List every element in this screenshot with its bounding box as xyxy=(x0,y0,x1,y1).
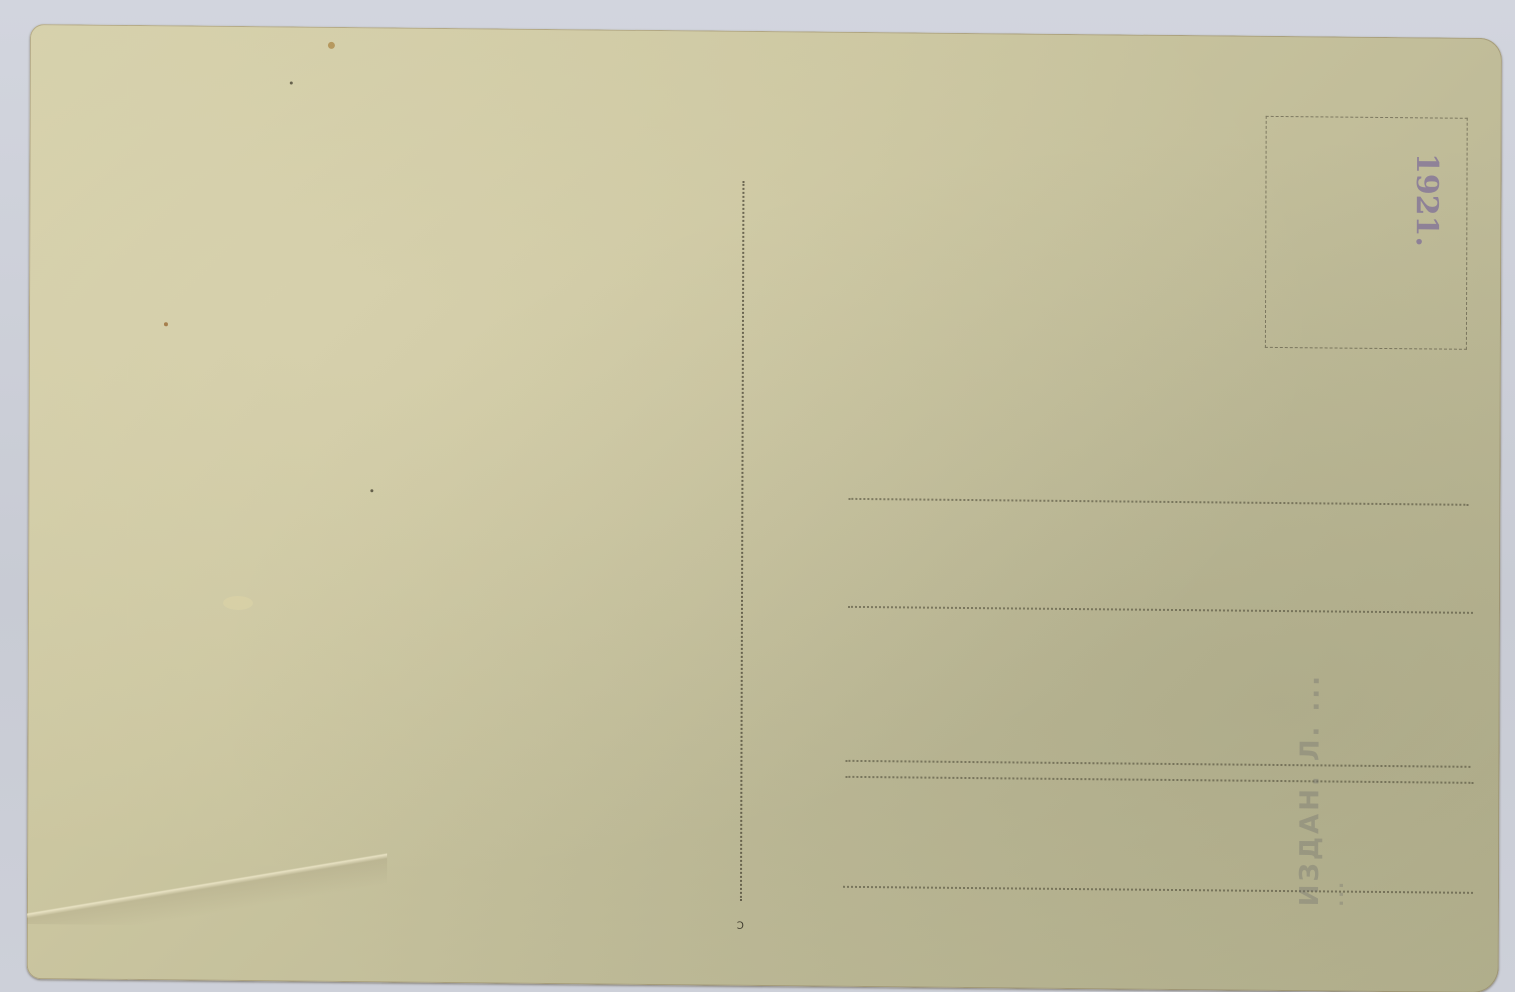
stain-spot xyxy=(223,596,253,610)
message-address-divider xyxy=(740,181,745,901)
publisher-imprint: ИЗДАН. Л. ... xyxy=(1295,673,1326,907)
address-line xyxy=(848,606,1473,614)
publisher-imprint-sub: ... xyxy=(1327,880,1348,907)
divider-mark: Ɔ xyxy=(737,921,744,932)
year-stamp: 1921. xyxy=(1409,153,1444,247)
address-line xyxy=(845,776,1473,784)
address-line xyxy=(845,760,1470,768)
stain-spot xyxy=(290,81,293,84)
stain-spot xyxy=(370,489,373,492)
postcard-back: Ɔ 1921. ИЗДАН. Л. ... ... xyxy=(27,24,1502,992)
address-line xyxy=(843,886,1473,894)
stain-spot xyxy=(328,42,335,49)
corner-crease xyxy=(27,844,387,927)
address-line xyxy=(848,498,1468,506)
stain-spot xyxy=(164,322,168,326)
